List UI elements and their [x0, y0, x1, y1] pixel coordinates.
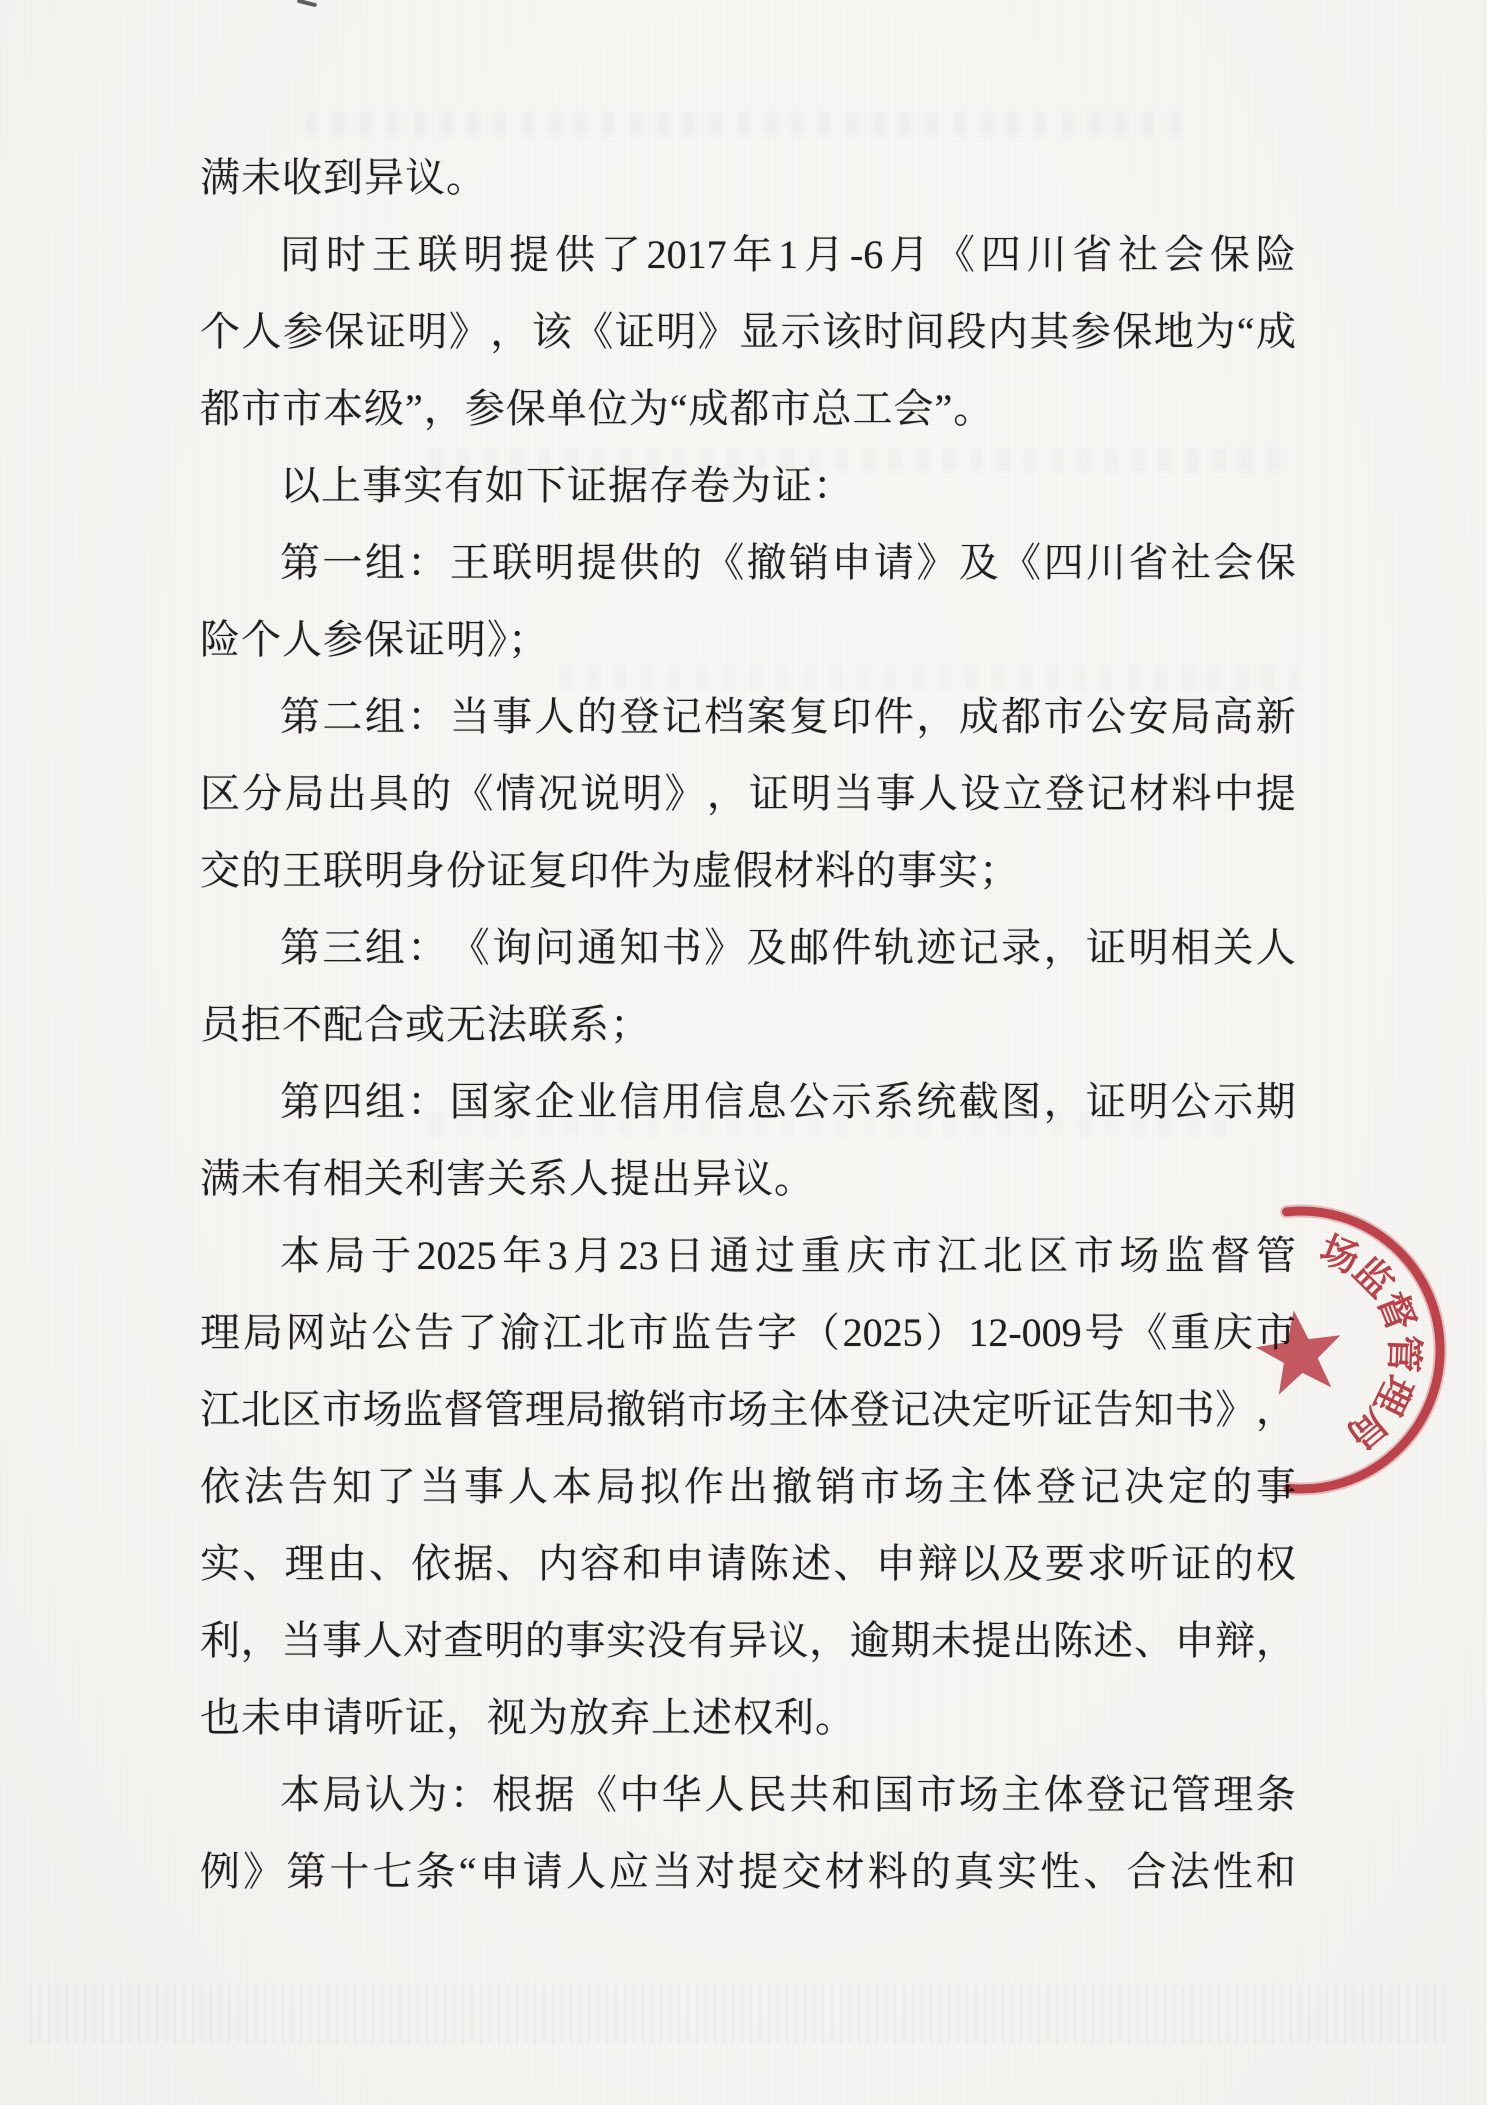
- text-token: 保: [1210, 216, 1250, 293]
- text-token: 、: [242, 1525, 282, 1602]
- text-line: 第一组：王联明提供的《撤销申请》及《四川省社会保: [200, 524, 1296, 601]
- text-token: ：: [407, 909, 447, 986]
- text-token: 明: [1128, 909, 1168, 986]
- text-line: 员拒不配合或无法联系；: [200, 986, 1296, 1063]
- text-token: 北: [586, 1294, 626, 1371]
- text-token: 体: [992, 1448, 1032, 1525]
- text-token: -6: [850, 216, 883, 293]
- text-token: 企: [535, 1063, 575, 1140]
- text-token: 场: [1119, 1217, 1159, 1294]
- text-token: 撤: [606, 1371, 646, 1448]
- text-token: 区: [200, 755, 240, 832]
- text-token: 人: [566, 1833, 606, 1910]
- text-token: 市: [1074, 1217, 1114, 1294]
- text-token: 问: [535, 909, 575, 986]
- text-token: 其: [1029, 293, 1069, 370]
- text-line: 个人参保证明》，该《证明》显示该时间段内其参保地为“成: [200, 293, 1296, 370]
- text-token: 证: [1086, 1063, 1126, 1140]
- text-token: ，: [707, 755, 747, 832]
- text-line: 第二组：当事人的登记档案复印件，成都市公安局高新: [200, 678, 1296, 755]
- text-token: 性: [1040, 1833, 1080, 1910]
- text-token: 据: [535, 1756, 575, 1833]
- text-token: 提: [577, 524, 617, 601]
- text-token: 询: [492, 909, 532, 986]
- text-token: 事: [322, 1602, 362, 1679]
- text-token: ：: [450, 1756, 490, 1833]
- text-token: 体: [1044, 1756, 1084, 1833]
- text-token: 本: [552, 1448, 592, 1525]
- text-token: 告: [414, 1294, 454, 1371]
- text-token: 登: [1086, 1756, 1126, 1833]
- text-token: 王: [372, 216, 412, 293]
- text-token: 容: [580, 1525, 620, 1602]
- text-token: 辩: [1215, 1602, 1255, 1679]
- text-line: 第三组：《询问通知书》及邮件轨迹记录，证明相关人: [200, 909, 1296, 986]
- text-line: 满未收到异议。: [200, 139, 1296, 216]
- text-token: 作: [684, 1448, 724, 1525]
- text-token: 当: [834, 755, 874, 832]
- text-token: 述: [791, 1525, 831, 1602]
- text-token: 听: [1012, 1371, 1052, 1448]
- text-token: 档: [704, 678, 744, 755]
- text-token: 申: [665, 1525, 705, 1602]
- text-token: 场: [362, 1371, 402, 1448]
- text-token: 申: [831, 524, 871, 601]
- text-token: 监: [671, 1294, 711, 1371]
- text-line: 交的王联明身份证复印件为虚假材料的事实；: [200, 832, 1296, 909]
- text-token: 庆: [1213, 1294, 1253, 1371]
- text-token: 查: [444, 1602, 484, 1679]
- text-token: ：: [407, 678, 447, 755]
- text-token: 示: [831, 1063, 871, 1140]
- text-token: 四: [981, 216, 1021, 293]
- text-token: 记: [1080, 1448, 1120, 1525]
- text-token: 公: [789, 1063, 829, 1140]
- text-token: 的: [411, 755, 451, 832]
- text-token: 华: [662, 1756, 702, 1833]
- text-token: 第: [280, 524, 320, 601]
- text-line: 理局网站公告了渝江北市监告字（2025）12-009号《重庆市: [200, 1294, 1296, 1371]
- text-token: 条: [416, 1833, 456, 1910]
- text-token: 内: [988, 293, 1028, 370]
- text-token: 告: [288, 1448, 328, 1525]
- text-token: 王: [450, 524, 490, 601]
- text-token: 北: [241, 1371, 281, 1448]
- text-token: 主: [1001, 1756, 1041, 1833]
- text-token: 当: [450, 678, 490, 755]
- text-token: 站: [329, 1294, 369, 1371]
- text-token: 管: [1171, 1756, 1211, 1833]
- text-token: 人: [1256, 909, 1296, 986]
- text-token: 记: [662, 678, 702, 755]
- text-token: 重: [1170, 1294, 1210, 1371]
- text-token: ，: [1044, 909, 1084, 986]
- text-token: 市: [687, 1371, 727, 1448]
- text-line: 例》第十七条“申请人应当对提交材料的真实性、合法性和: [200, 1833, 1296, 1910]
- text-token: 应: [609, 1833, 649, 1910]
- seal-ring: [1287, 1211, 1441, 1489]
- text-token: 知: [619, 909, 659, 986]
- text-token: 七: [373, 1833, 413, 1910]
- text-token: 例: [200, 1833, 240, 1910]
- text-token: 主: [948, 1448, 988, 1525]
- text-token: 认: [365, 1756, 405, 1833]
- text-token: 未: [931, 1602, 971, 1679]
- text-token: 录: [1001, 909, 1041, 986]
- text-token: 监: [403, 1371, 443, 1448]
- text-token: 求: [1087, 1525, 1127, 1602]
- text-token: 局: [326, 1217, 366, 1294]
- text-token: 联: [417, 216, 457, 293]
- text-token: 场: [959, 1756, 999, 1833]
- text-token: 高: [1213, 678, 1253, 755]
- text-token: 对: [403, 1602, 443, 1679]
- text-token: 》: [916, 524, 956, 601]
- text-token: 2025: [417, 1217, 497, 1294]
- text-token: 的: [662, 524, 702, 601]
- text-token: 网: [286, 1294, 326, 1371]
- text-token: 了: [457, 1294, 497, 1371]
- text-token: 一: [322, 524, 362, 601]
- text-token: ，: [1256, 1371, 1296, 1448]
- text-token: 陈: [1053, 1602, 1093, 1679]
- text-token: 事: [565, 1602, 605, 1679]
- text-token: 条: [1256, 1756, 1296, 1833]
- text-token: 安: [1128, 678, 1168, 755]
- text-token: 和: [831, 1756, 871, 1833]
- text-token: 依: [200, 1448, 240, 1525]
- text-token: 登: [1036, 1448, 1076, 1525]
- text-token: 说: [580, 755, 620, 832]
- text-token: 书: [662, 909, 702, 986]
- text-token: 民: [747, 1756, 787, 1833]
- seal-char: 管: [1381, 1334, 1424, 1373]
- text-token: 出: [1012, 1602, 1052, 1679]
- scan-artifact: [297, 0, 317, 7]
- text-token: 知: [1134, 1371, 1174, 1448]
- text-token: 《: [453, 755, 493, 832]
- text-token: 异: [728, 1602, 768, 1679]
- seal-char: 理: [1365, 1368, 1419, 1421]
- text-token: 新: [1256, 678, 1296, 755]
- text-token: 明: [656, 293, 696, 370]
- text-token: 组: [365, 678, 405, 755]
- text-token: 三: [322, 909, 362, 986]
- text-token: 共: [789, 1756, 829, 1833]
- text-token: 市: [628, 1294, 668, 1371]
- text-token: 人: [508, 1448, 548, 1525]
- text-token: 登: [850, 1371, 890, 1448]
- text-token: 明: [791, 755, 831, 832]
- text-token: 人: [535, 678, 575, 755]
- text-token: 、: [834, 1525, 874, 1602]
- text-token: 川: [1027, 216, 1067, 293]
- text-token: 第: [280, 1063, 320, 1140]
- text-token: 组: [365, 909, 405, 986]
- text-token: 《: [573, 293, 613, 370]
- text-token: 日: [664, 1217, 704, 1294]
- text-token: 件: [874, 678, 914, 755]
- text-token: 示: [1213, 1063, 1253, 1140]
- text-token: 12-009: [968, 1294, 1081, 1371]
- text-token: 及: [959, 524, 999, 601]
- text-token: 印: [831, 678, 871, 755]
- text-token: 述: [1093, 1602, 1133, 1679]
- scanned-document-page: 满未收到异议。同时王联明提供了2017年1月-6月《四川省社会保险个人参保证明》…: [0, 0, 1487, 2105]
- text-token: 管: [1256, 1217, 1296, 1294]
- text-token: 证: [615, 293, 655, 370]
- text-token: 销: [647, 1371, 687, 1448]
- text-token: ，: [241, 1602, 281, 1679]
- text-token: 提: [509, 216, 549, 293]
- text-token: 证: [366, 293, 406, 370]
- text-token: 于: [371, 1217, 411, 1294]
- text-token: ，: [490, 293, 530, 370]
- text-token: 的: [1214, 1525, 1254, 1602]
- text-token: 迹: [916, 909, 956, 986]
- text-token: 同: [280, 216, 320, 293]
- text-line: 都市市本级”，参保单位为“成都市总工会”。: [200, 370, 1296, 447]
- text-token: 成: [959, 678, 999, 755]
- text-token: 《: [1001, 524, 1041, 601]
- text-token: 告: [1093, 1371, 1133, 1448]
- text-token: 的: [525, 1602, 565, 1679]
- text-token: 人: [362, 1602, 402, 1679]
- text-token: 都: [1001, 678, 1041, 755]
- text-token: 、: [1083, 1833, 1123, 1910]
- text-token: 事: [492, 678, 532, 755]
- text-token: 辩: [918, 1525, 958, 1602]
- text-token: 第: [280, 909, 320, 986]
- text-token: 供: [555, 216, 595, 293]
- text-token: 出: [327, 755, 367, 832]
- text-token: 当: [652, 1833, 692, 1910]
- text-token: 23: [619, 1217, 659, 1294]
- text-token: 理: [200, 1294, 240, 1371]
- text-token: 据: [453, 1525, 493, 1602]
- text-token: 过: [755, 1217, 795, 1294]
- text-token: 性: [1213, 1833, 1253, 1910]
- text-line: 江北区市场监督管理局撤销市场主体登记决定听证告知书》，: [200, 1371, 1296, 1448]
- text-token: 省: [1128, 524, 1168, 601]
- text-token: 证: [1086, 909, 1126, 986]
- text-token: “: [1237, 293, 1255, 370]
- text-token: 参: [283, 293, 323, 370]
- text-token: ）: [926, 1294, 966, 1371]
- text-token: 时: [864, 293, 904, 370]
- text-token: 了: [601, 216, 641, 293]
- text-token: 及: [747, 909, 787, 986]
- text-token: 拟: [640, 1448, 680, 1525]
- text-token: 督: [444, 1371, 484, 1448]
- text-token: 国: [874, 1756, 914, 1833]
- text-token: 》: [704, 909, 744, 986]
- text-token: 主: [769, 1371, 809, 1448]
- seal-ring: [1287, 1211, 1441, 1489]
- text-token: 》: [449, 293, 489, 370]
- text-line: 依法告知了当事人本局拟作出撤销市场主体登记决定的事: [200, 1448, 1296, 1525]
- text-token: 申: [876, 1525, 916, 1602]
- text-token: 组: [365, 1063, 405, 1140]
- text-token: 市: [1044, 678, 1084, 755]
- text-token: 场: [904, 1448, 944, 1525]
- text-token: 知: [332, 1448, 372, 1525]
- text-token: 撤: [747, 524, 787, 601]
- text-token: 息: [747, 1063, 787, 1140]
- text-token: 保: [1112, 293, 1152, 370]
- text-token: 中: [1214, 755, 1254, 832]
- text-token: 记: [959, 909, 999, 986]
- text-token: 系: [874, 1063, 914, 1140]
- text-token: 市: [892, 1217, 932, 1294]
- text-token: 组: [365, 524, 405, 601]
- text-token: 提: [738, 1833, 778, 1910]
- text-token: 第: [286, 1833, 326, 1910]
- text-token: 局: [565, 1371, 605, 1448]
- text-token: 中: [619, 1756, 659, 1833]
- text-token: 险: [1256, 216, 1296, 293]
- text-token: 供: [619, 524, 659, 601]
- text-token: 理: [525, 1371, 565, 1448]
- text-token: 四: [322, 1063, 362, 1140]
- text-token: （: [800, 1294, 840, 1371]
- text-token: 定: [972, 1371, 1012, 1448]
- text-token: 渝: [500, 1294, 540, 1371]
- text-token: 江: [200, 1371, 240, 1448]
- text-token: 体: [809, 1371, 849, 1448]
- text-token: 人: [241, 293, 281, 370]
- text-token: 请: [523, 1833, 563, 1910]
- text-token: 当: [281, 1602, 321, 1679]
- text-token: 》: [698, 293, 738, 370]
- text-token: 以: [960, 1525, 1000, 1602]
- text-line: 也未申请听证，视为放弃上述权利。: [200, 1679, 1296, 1756]
- text-token: 《: [1127, 1294, 1167, 1371]
- text-token: 了: [376, 1448, 416, 1525]
- text-token: ，: [809, 1602, 849, 1679]
- text-token: ，: [916, 678, 956, 755]
- text-token: 关: [1213, 909, 1253, 986]
- text-token: 、: [496, 1525, 536, 1602]
- text-token: 》: [665, 755, 705, 832]
- text-token: 1: [778, 216, 798, 293]
- text-token: 管: [484, 1371, 524, 1448]
- seal-char: 监: [1345, 1250, 1402, 1307]
- text-token: 区: [281, 1371, 321, 1448]
- text-token: 书: [1175, 1371, 1215, 1448]
- text-token: 通: [710, 1217, 750, 1294]
- text-token: 号: [1085, 1294, 1125, 1371]
- text-token: 段: [946, 293, 986, 370]
- text-token: 月: [573, 1217, 613, 1294]
- text-token: 会: [1164, 216, 1204, 293]
- text-token: 对: [695, 1833, 735, 1910]
- text-token: ：: [407, 1063, 447, 1140]
- text-line: 以上事实有如下证据存卷为证：: [200, 447, 1296, 524]
- text-token: 事: [876, 755, 916, 832]
- text-token: 立: [1002, 755, 1042, 832]
- text-token: 十: [329, 1833, 369, 1910]
- text-token: 庆: [846, 1217, 886, 1294]
- text-token: 该: [822, 293, 862, 370]
- text-token: 由: [327, 1525, 367, 1602]
- text-token: 内: [538, 1525, 578, 1602]
- text-token: 料: [1171, 755, 1211, 832]
- text-token: 申: [480, 1833, 520, 1910]
- text-token: 陈: [749, 1525, 789, 1602]
- text-token: 为: [1195, 293, 1235, 370]
- text-token: 材: [825, 1833, 865, 1910]
- text-token: 真: [954, 1833, 994, 1910]
- text-line: 险个人参保证明》；: [200, 601, 1296, 678]
- text-token: 截: [959, 1063, 999, 1140]
- text-token: 合: [1127, 1833, 1167, 1910]
- bleed-through-mark: [305, 112, 1185, 136]
- text-token: ：: [407, 524, 447, 601]
- text-token: 3: [548, 1217, 568, 1294]
- text-token: 定: [1168, 1448, 1208, 1525]
- text-token: 社: [1118, 216, 1158, 293]
- text-token: 市: [860, 1448, 900, 1525]
- text-token: 间: [905, 293, 945, 370]
- text-line: 满未有相关利害关系人提出异议。: [200, 1140, 1296, 1217]
- text-token: 明: [1128, 1063, 1168, 1140]
- text-token: 权: [1256, 1525, 1296, 1602]
- document-body-text: 满未收到异议。同时王联明提供了2017年1月-6月《四川省社会保险个人参保证明》…: [200, 139, 1296, 1910]
- text-token: 年: [732, 216, 772, 293]
- text-token: 川: [1086, 524, 1126, 601]
- text-token: 四: [1044, 524, 1084, 601]
- text-token: 证: [749, 755, 789, 832]
- text-token: 销: [789, 524, 829, 601]
- text-token: 利: [200, 1602, 240, 1679]
- text-token: 监: [1165, 1217, 1205, 1294]
- text-token: 第: [280, 678, 320, 755]
- text-token: 及: [1002, 1525, 1042, 1602]
- text-token: 明: [622, 755, 662, 832]
- text-token: 用: [662, 1063, 702, 1140]
- text-token: “: [459, 1833, 477, 1910]
- text-token: 、: [1134, 1602, 1174, 1679]
- text-token: 记: [1128, 1756, 1168, 1833]
- text-token: 记: [890, 1371, 930, 1448]
- text-token: 件: [831, 909, 871, 986]
- text-token: 江: [937, 1217, 977, 1294]
- text-token: 人: [918, 755, 958, 832]
- text-token: 根: [492, 1756, 532, 1833]
- text-token: 保: [1256, 524, 1296, 601]
- text-line: 区分局出具的《情况说明》，证明当事人设立登记材料中提: [200, 755, 1296, 832]
- text-token: 的: [1212, 1448, 1252, 1525]
- text-token: 个: [200, 293, 240, 370]
- text-token: 信: [619, 1063, 659, 1140]
- text-token: 决: [931, 1371, 971, 1448]
- text-token: 设: [960, 755, 1000, 832]
- text-token: 会: [1213, 524, 1253, 601]
- text-token: 本: [280, 1756, 320, 1833]
- text-token: 实: [606, 1602, 646, 1679]
- text-token: 年: [502, 1217, 542, 1294]
- text-token: 具: [369, 755, 409, 832]
- text-token: 二: [322, 678, 362, 755]
- text-token: 的: [911, 1833, 951, 1910]
- text-token: ，: [1044, 1063, 1084, 1140]
- text-token: 业: [577, 1063, 617, 1140]
- text-token: 证: [1053, 1371, 1093, 1448]
- text-token: 《: [577, 1756, 617, 1833]
- text-token: 理: [1213, 1756, 1253, 1833]
- text-token: 公: [1086, 678, 1126, 755]
